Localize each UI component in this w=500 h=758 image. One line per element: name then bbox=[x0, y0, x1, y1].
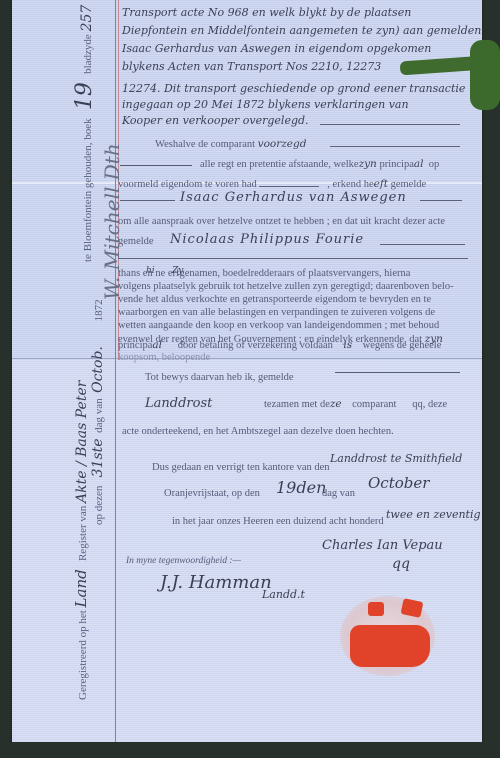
deed-month: October bbox=[368, 474, 429, 492]
background-strip bbox=[12, 742, 482, 758]
party-signature: Charles Ian Vepau bbox=[322, 538, 443, 553]
header-line: 12274. Dit transport geschiedende op gro… bbox=[122, 82, 465, 95]
body-line: thans en ne erfgenamen, boedelredderaars… bbox=[118, 268, 410, 279]
body-line: voormeld eigendom te voren had , erkend … bbox=[118, 178, 426, 190]
fill-rule bbox=[380, 244, 465, 245]
header-line: ingegaan op 20 Mei 1872 blykens verklari… bbox=[122, 98, 409, 111]
landdrost-signature: J.J. Hamman bbox=[160, 572, 272, 593]
header-line: Isaac Gerhardus van Aswegen in eigendom … bbox=[122, 42, 431, 55]
fill-rule bbox=[330, 146, 460, 147]
margin-rule bbox=[115, 0, 116, 742]
deed-year: twee en zeventig bbox=[386, 508, 481, 521]
body-line: alle regt en pretentie afstaande, welkez… bbox=[200, 158, 439, 170]
attestation-line: Tot bewys daarvan heb ik, gemelde bbox=[145, 372, 294, 383]
fill-rule bbox=[320, 124, 460, 125]
fill-rule bbox=[118, 258, 468, 259]
body-line: gemelde bbox=[118, 236, 154, 247]
fill-rule bbox=[120, 200, 175, 201]
official-title: Landdrost bbox=[145, 396, 212, 411]
attestation-line: Oranjevrijstaat, op den bbox=[164, 488, 260, 499]
wax-seal-fragment bbox=[368, 602, 384, 616]
body-line-cut: koopsom, beloopende bbox=[118, 352, 210, 363]
deed-day: 19den bbox=[276, 478, 326, 497]
register-date: op dezen 31ste dag van Octob. 1872 bbox=[90, 299, 106, 525]
grantor-name: Isaac Gerhardus van Aswegen bbox=[180, 190, 407, 205]
body-line: wetten aangaande den koop en verkoop van… bbox=[118, 320, 439, 331]
attestation-line: acte onderteekend, en het Ambtszegel aan… bbox=[122, 426, 394, 437]
attestation-line: in het jaar onzes Heeren een duizend ach… bbox=[172, 516, 384, 527]
attestation-line: dag van bbox=[322, 488, 355, 499]
hand-insert: hi bbox=[146, 266, 155, 276]
body-line: om alle aanspraak over hetzelve ontzet t… bbox=[118, 216, 445, 227]
body-line: vende het aldus verkochte en getransport… bbox=[118, 294, 431, 305]
presence-label: In myne tegenwoordigheid :— bbox=[126, 556, 241, 566]
fill-rule bbox=[120, 165, 192, 166]
register-margin: Geregistreerd op het Land Register van A… bbox=[12, 0, 115, 742]
registered-label: Geregistreerd op het Land Register van A… bbox=[72, 381, 90, 700]
attestation-line: Dus gedaan en verrigt ten kantore van de… bbox=[152, 462, 330, 473]
book-reference: te Bloemfontein gehouden, boek 19 bladzy… bbox=[72, 5, 97, 262]
grantee-name: Nicolaas Philippus Fourie bbox=[170, 232, 364, 247]
party-initials: qq bbox=[392, 556, 410, 572]
body-line: Weshalve de comparant voorzegd bbox=[155, 138, 306, 150]
green-ribbon-tail bbox=[470, 40, 500, 110]
header-line: Diepfontein en Middelfontein aangemeten … bbox=[122, 24, 481, 37]
landdrost-title: Landd.t bbox=[262, 588, 305, 601]
fill-rule bbox=[335, 372, 460, 373]
office-location: Landdrost te Smithfield bbox=[330, 452, 462, 465]
header-line: Transport acte No 968 en welk blykt by d… bbox=[122, 6, 411, 19]
body-line: waarborgen en van alle belastingen en ve… bbox=[118, 307, 435, 318]
header-line: blykens Acten van Transport Nos 2210, 12… bbox=[122, 60, 381, 73]
attestation-line: tezamen met deze comparant qq, deze bbox=[264, 398, 447, 410]
body-line: volgens plaatselyk gebruik tot hetzelve … bbox=[118, 281, 454, 292]
wax-seal bbox=[350, 625, 430, 667]
header-line: Kooper en verkooper overgelegd. bbox=[122, 114, 309, 127]
body-line: principaal door betaling of verzekering … bbox=[118, 339, 441, 351]
fill-rule bbox=[420, 200, 462, 201]
hand-insert: Zy bbox=[172, 266, 183, 276]
